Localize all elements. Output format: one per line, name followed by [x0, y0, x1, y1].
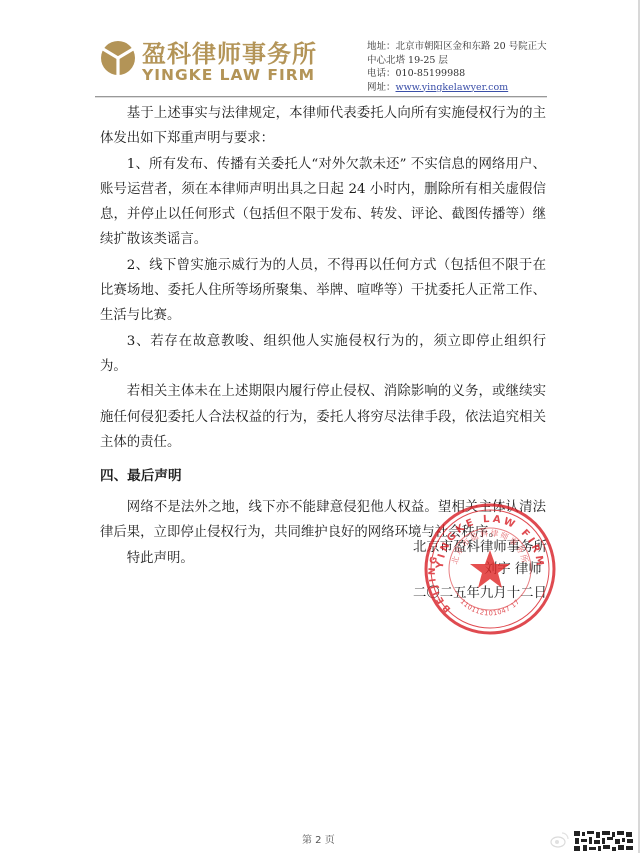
firm-name-cn: 盈科律师事务所 [142, 40, 317, 68]
qr-pattern [572, 830, 636, 853]
official-seal-stamp: YINGKE LAW FIRM BEIJING 北京市盈科律师事务所 11011… [423, 502, 557, 636]
website-link[interactable]: www.yingkelawyer.com [396, 82, 509, 93]
section-heading: 四、最后声明 [100, 465, 546, 487]
consequence-paragraph: 若相关主体未在上述期限内履行停止侵权、消除影响的义务，或继续实施任何侵犯委托人合… [100, 379, 546, 455]
website-label: 网址： [367, 82, 396, 93]
intro-paragraph: 基于上述事实与法律规定，本律师代表委托人向所有实施侵权行为的主体发出如下郑重声明… [100, 101, 546, 152]
website-row: 网址：www.yingkelawyer.com [367, 81, 547, 95]
document-body: 基于上述事实与法律规定，本律师代表委托人向所有实施侵权行为的主体发出如下郑重声明… [100, 101, 546, 571]
weibo-watermark [548, 826, 638, 853]
contact-block: 地址：北京市朝阳区金和东路 20 号院正大 中心北塔 19-25 层 电话：01… [367, 40, 547, 94]
address-line-2: 中心北塔 19-25 层 [367, 54, 547, 68]
demand-item-1: 1、所有发布、传播有关委托人“对外欠款未还” 不实信息的网络用户、账号运营者，须… [100, 152, 546, 253]
demand-item-2: 2、线下曾实施示威行为的人员，不得再以任何方式（包括但不限于在比赛场地、委托人住… [100, 253, 546, 329]
phone: 电话：010-85199988 [367, 67, 547, 81]
firm-name-en: YINGKE LAW FIRM [142, 66, 315, 84]
weibo-icon [551, 833, 568, 847]
demand-item-3: 3、若存在故意教唆、组织他人实施侵权行为的，须立即停止组织行为。 [100, 329, 546, 380]
header-divider [95, 96, 547, 97]
page-number: 第 2 页 [302, 831, 335, 846]
svg-text:110112101047 17: 110112101047 17 [459, 598, 522, 618]
document-page: 盈科律师事务所 YINGKE LAW FIRM 地址：北京市朝阳区金和东路 20… [0, 0, 640, 853]
yingke-logo-icon [100, 40, 136, 76]
address-line-1: 地址：北京市朝阳区金和东路 20 号院正大 [367, 40, 547, 54]
